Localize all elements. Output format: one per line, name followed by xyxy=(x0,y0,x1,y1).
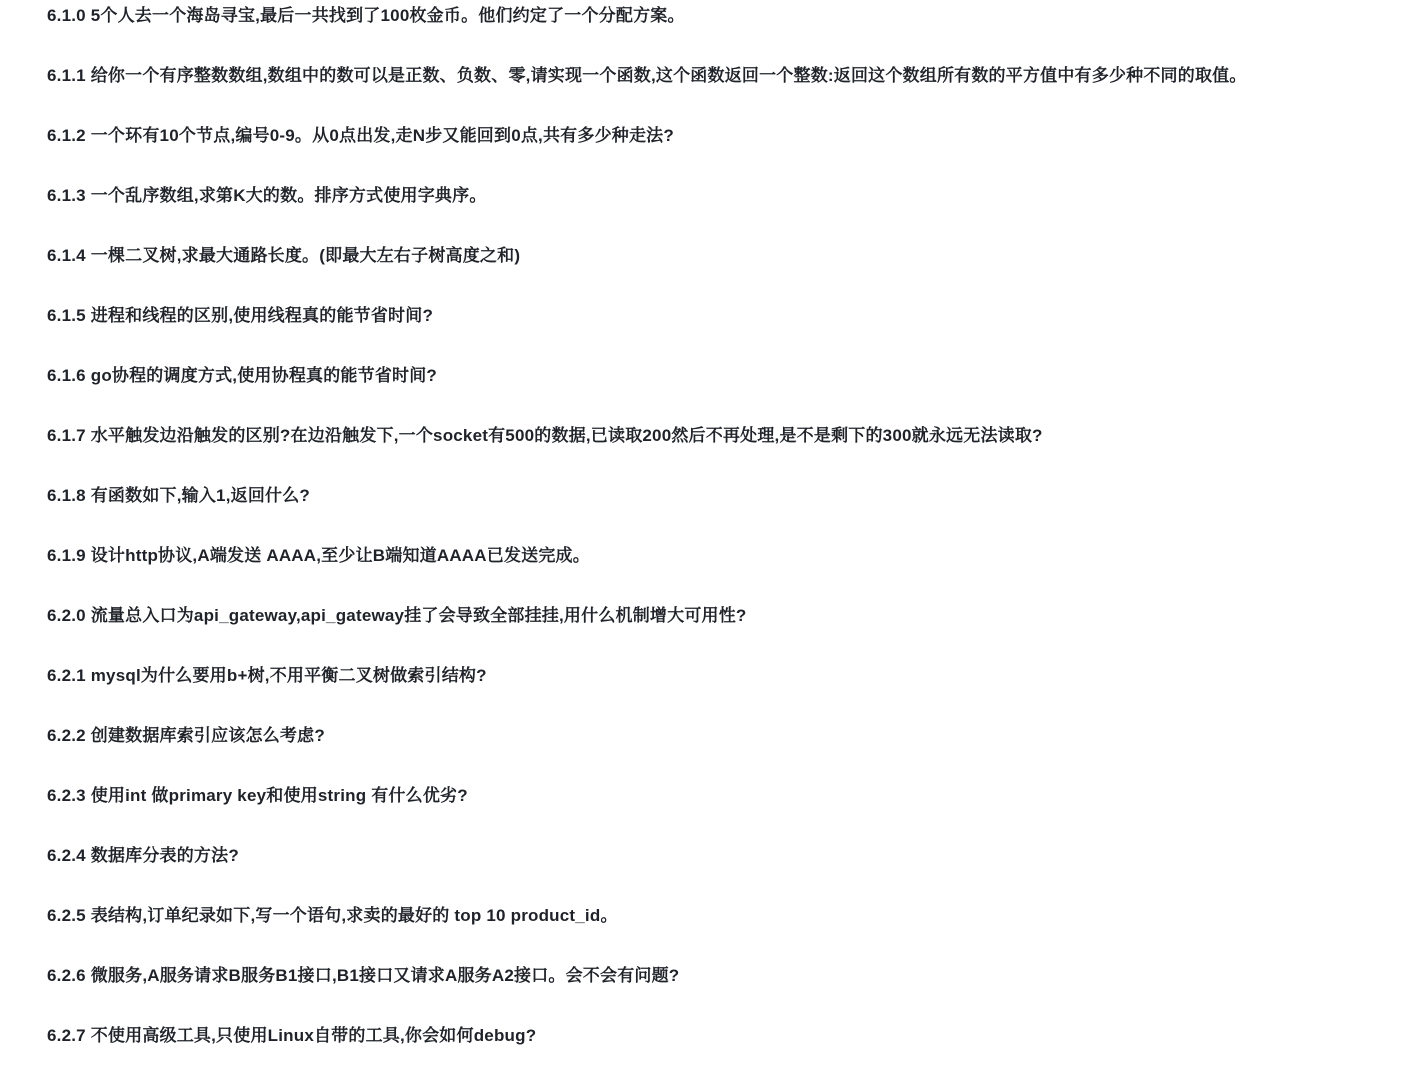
question-6-1-1: 6.1.1 给你一个有序整数数组,数组中的数可以是正数、负数、零,请实现一个函数… xyxy=(47,64,1366,88)
question-6-1-2: 6.1.2 一个环有10个节点,编号0-9。从0点出发,走N步又能回到0点,共有… xyxy=(47,124,1366,148)
question-6-2-0: 6.2.0 流量总入口为api_gateway,api_gateway挂了会导致… xyxy=(47,604,1366,628)
document-page: 6.1.0 5个人去一个海岛寻宝,最后一共找到了100枚金币。他们约定了一个分配… xyxy=(0,0,1412,1070)
question-6-2-7: 6.2.7 不使用高级工具,只使用Linux自带的工具,你会如何debug? xyxy=(47,1024,1366,1048)
question-6-1-5: 6.1.5 进程和线程的区别,使用线程真的能节省时间? xyxy=(47,304,1366,328)
question-6-2-4: 6.2.4 数据库分表的方法? xyxy=(47,844,1366,868)
question-6-1-6: 6.1.6 go协程的调度方式,使用协程真的能节省时间? xyxy=(47,364,1366,388)
question-6-2-5: 6.2.5 表结构,订单纪录如下,写一个语句,求卖的最好的 top 10 pro… xyxy=(47,904,1366,928)
question-6-2-2: 6.2.2 创建数据库索引应该怎么考虑? xyxy=(47,724,1366,748)
question-6-1-7: 6.1.7 水平触发边沿触发的区别?在边沿触发下,一个socket有500的数据… xyxy=(47,424,1366,448)
question-6-2-1: 6.2.1 mysql为什么要用b+树,不用平衡二叉树做索引结构? xyxy=(47,664,1366,688)
question-6-1-0: 6.1.0 5个人去一个海岛寻宝,最后一共找到了100枚金币。他们约定了一个分配… xyxy=(47,4,1366,28)
question-6-1-3: 6.1.3 一个乱序数组,求第K大的数。排序方式使用字典序。 xyxy=(47,184,1366,208)
question-6-1-9: 6.1.9 设计http协议,A端发送 AAAA,至少让B端知道AAAA已发送完… xyxy=(47,544,1366,568)
question-6-1-8: 6.1.8 有函数如下,输入1,返回什么? xyxy=(47,484,1366,508)
question-6-1-4: 6.1.4 一棵二叉树,求最大通路长度。(即最大左右子树高度之和) xyxy=(47,244,1366,268)
question-6-2-6: 6.2.6 微服务,A服务请求B服务B1接口,B1接口又请求A服务A2接口。会不… xyxy=(47,964,1366,988)
question-6-2-3: 6.2.3 使用int 做primary key和使用string 有什么优劣? xyxy=(47,784,1366,808)
